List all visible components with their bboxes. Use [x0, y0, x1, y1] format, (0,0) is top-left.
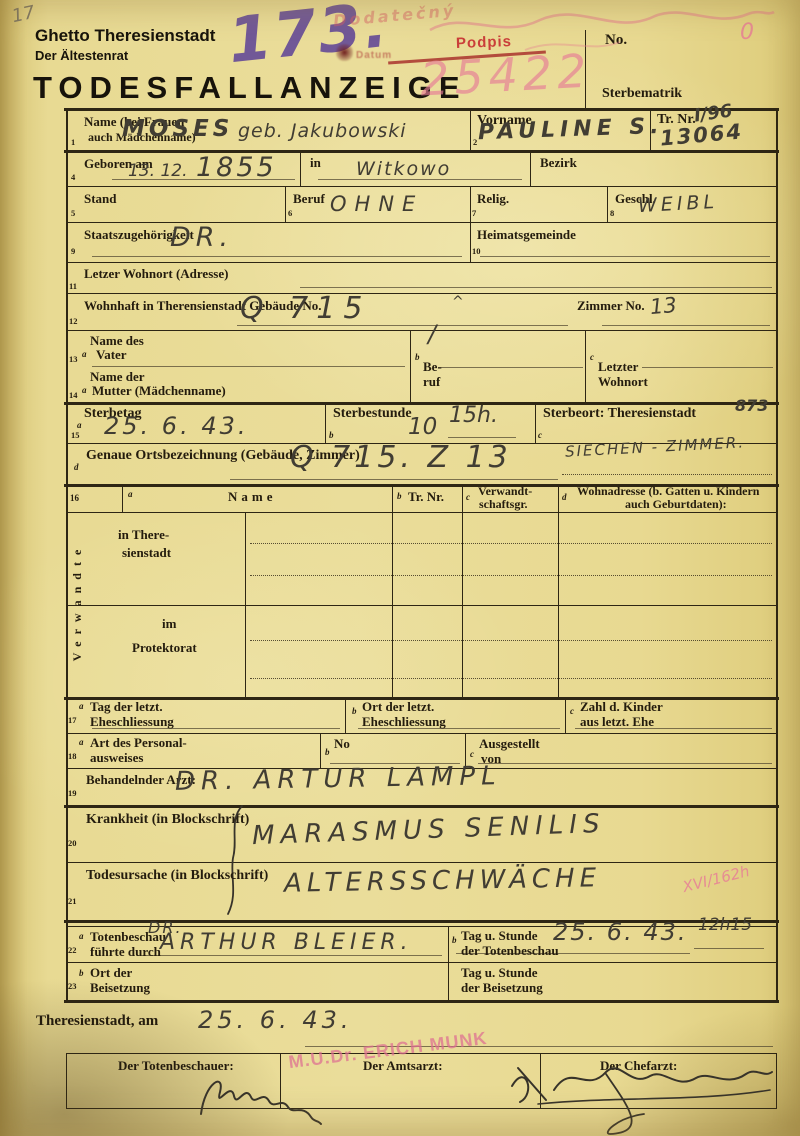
rel-col-name-label: Name [228, 489, 277, 505]
datum-stamp-fragment: Datum [356, 50, 392, 61]
rule [64, 1000, 779, 1003]
field-number-16: 16 [70, 493, 79, 503]
field-number-18: 18 [68, 751, 77, 761]
field-number-14: 14 [69, 390, 78, 400]
zimmer-value: 13 [649, 293, 678, 319]
field-number-2: 2 [473, 137, 477, 147]
ausweis-no-label: No [334, 736, 350, 752]
rule [565, 697, 566, 733]
ortsbezeichnung-value: Q 715. Z 13 [290, 440, 512, 475]
rule [66, 862, 777, 863]
rule [470, 222, 471, 262]
ehe-tag-label1: Tag der letzt. [90, 699, 163, 715]
beisetzung-ort-label1: Ort der [90, 965, 132, 981]
writing-line [438, 367, 583, 368]
sterbematrik-label: Sterbematrik [602, 86, 682, 102]
rel-col-c-sub: c [466, 492, 470, 502]
todesfallanzeige-form-scan: 17 Ghetto Theresienstadt Der Ältestenrat… [0, 0, 800, 1136]
field-number-10: 10 [472, 246, 481, 256]
ausgestellt-label1: Ausgestellt [479, 736, 540, 752]
krankheit-value: MARASMUS SENILIS [252, 809, 606, 851]
rule [325, 402, 326, 443]
totenbeschau-tag-label1: Tag u. Stunde [461, 928, 537, 944]
totenbeschau-value-name: ARTHUR BLEIER. [160, 930, 413, 955]
totenbeschau-label2: führte durch [90, 944, 161, 960]
field-number-4: 4 [71, 172, 75, 182]
ausweis-label1: Art des Personal- [90, 735, 187, 751]
rel-col-trnr-label: Tr. Nr. [408, 489, 444, 505]
wohnort2-sub-c: c [590, 352, 594, 362]
vorname-value: PAULINE S. [478, 114, 664, 145]
dotted-entry-line [250, 543, 772, 544]
ehe-ort-label1: Ort der letzt. [362, 699, 434, 715]
siechen-zimmer-note: SIECHEN - ZIMMER. [565, 433, 746, 460]
stand-label: Stand [84, 191, 117, 207]
beruf-label: Beruf [293, 191, 325, 207]
geboren-date-value: 13. 12. [128, 161, 187, 181]
rule [64, 108, 779, 111]
rule [66, 330, 777, 331]
rel-col-a-sub: a [128, 489, 133, 499]
slash-mark: / [428, 320, 436, 348]
rule [585, 330, 586, 402]
field-number-15: 15 [71, 430, 80, 440]
beruf2-sub-b: b [415, 352, 420, 362]
rel-col-wohnadresse-label2: auch Geburtdaten): [625, 497, 727, 512]
ehe-tag-label2: Eheschliessung [90, 714, 174, 730]
rule [558, 484, 559, 697]
todesursache-label: Todesursache (in Blockschrift) [86, 868, 268, 884]
ehe-sub-c: c [570, 706, 574, 716]
rel-col-d-sub: d [562, 492, 567, 502]
beruf2-label-line2: ruf [423, 374, 440, 390]
sterbetag-sub-a: a [77, 420, 82, 430]
mutter-sub-a: a [82, 385, 87, 395]
writing-line [92, 366, 405, 367]
relig-label: Relig. [477, 191, 509, 207]
rule [345, 697, 346, 733]
ehe-sub-b: b [352, 706, 357, 716]
writing-line [478, 763, 772, 764]
todesursache-value: ALTERSSCHWÄCHE [284, 863, 601, 899]
rule [66, 262, 777, 263]
pink-registry-number: 25422 [419, 44, 593, 107]
name-value-cursive: geb. Jakubowski [238, 120, 407, 142]
field-number-9: 9 [71, 246, 75, 256]
rule [535, 402, 536, 443]
writing-line [642, 367, 773, 368]
writing-line [562, 474, 772, 475]
sterbetag-value: 25. 6. 43. [104, 412, 249, 440]
sterbeort-corner-note: 873 [735, 396, 768, 415]
pink-zero-mark: 0 [740, 20, 754, 45]
rule [776, 108, 778, 1001]
totenbeschau-tag-label2: der Totenbeschau [461, 943, 559, 959]
geboren-year-value: 1855 [196, 152, 277, 183]
ehe-sub-a: a [79, 701, 84, 711]
field-number-6: 6 [288, 208, 292, 218]
totenbeschau-sub-b: b [452, 935, 457, 945]
sterbestunde-sup-value: 15h. [449, 403, 498, 428]
mutter-label-line2: Mutter (Mädchenname) [92, 383, 226, 399]
beisetzung-tag-label2: der Beisetzung [461, 980, 543, 996]
caret-mark: ^ [452, 294, 464, 310]
org-name-line2: Der Ältestenrat [35, 48, 128, 63]
group-theresienstadt-label2: sienstadt [122, 545, 171, 561]
rule [410, 330, 411, 402]
in-label: in [310, 155, 321, 171]
rule [64, 150, 779, 153]
beisetzung-tag-label1: Tag u. Stunde [461, 965, 537, 981]
form-title: TODESFALLANZEIGE [33, 70, 467, 106]
rule [66, 605, 777, 606]
group-theresienstadt-label1: in There- [118, 527, 169, 543]
field-number-21: 21 [68, 896, 77, 906]
writing-line [300, 287, 772, 288]
rule [320, 733, 321, 768]
dotted-entry-line [250, 678, 772, 679]
rule [530, 150, 531, 186]
name-value-caps: MOSES [122, 116, 233, 142]
kinder-label2: aus letzt. Ehe [580, 714, 654, 730]
rel-col-verwandtschaft-label2: schaftsgr. [479, 497, 528, 512]
writing-line [602, 325, 770, 326]
gebaeude-value: Q 715 [240, 291, 370, 326]
wohnort2-label-line2: Wohnort [598, 374, 648, 390]
ortsbezeichnung-sub-d: d [74, 462, 79, 472]
group-protektorat-label2: Protektorat [132, 640, 197, 656]
rel-col-b-sub: b [397, 491, 402, 501]
rule [392, 484, 393, 697]
totenbeschau-date-value: 25. 6. 43. [553, 918, 688, 946]
dotted-entry-line [250, 575, 772, 576]
field-number-19: 19 [68, 788, 77, 798]
rule [66, 108, 68, 1001]
group-protektorat-label1: im [162, 616, 176, 632]
pink-file-reference: XVI/162h [681, 862, 751, 896]
heimatsgemeinde-label: Heimatsgemeinde [477, 227, 576, 243]
rule [66, 186, 777, 187]
rule [122, 484, 123, 512]
rule [285, 186, 286, 222]
vater-sub-a: a [82, 349, 87, 359]
ausweis-sub-c: c [470, 749, 474, 759]
red-ink-smudge [336, 44, 353, 61]
sterbeort-sub-c: c [538, 430, 542, 440]
sterbestunde-value: 10 [408, 414, 437, 440]
staatszugehoerigkeit-value: DR. [170, 222, 233, 253]
rule [300, 150, 301, 186]
kinder-label1: Zahl d. Kinder [580, 699, 663, 715]
pencil-corner-note: 17 [10, 2, 37, 27]
rule [448, 926, 449, 1000]
field-number-20: 20 [68, 838, 77, 848]
field-number-5: 5 [71, 208, 75, 218]
rule [64, 402, 779, 405]
rule [470, 108, 471, 150]
org-name-line1: Ghetto Theresienstadt [35, 26, 215, 46]
rule [607, 186, 608, 222]
ausweis-sub-b: b [325, 747, 330, 757]
behandelnder-arzt-value: DR. ARTUR LAMPL [175, 761, 502, 797]
rule [66, 512, 777, 513]
sterbeort-label: Sterbeort: Theresienstadt [543, 406, 696, 422]
beisetzung-ort-label2: Beisetzung [90, 980, 150, 996]
place-date-label: Theresienstadt, am [36, 1013, 158, 1030]
place-date-value: 25. 6. 43. [198, 1006, 353, 1034]
field-number-12: 12 [69, 316, 78, 326]
writing-line [230, 479, 558, 480]
field-number-23: 23 [68, 981, 77, 991]
field-number-22: 22 [68, 945, 77, 955]
writing-line [142, 955, 442, 956]
rule [66, 962, 777, 963]
field-number-8: 8 [610, 208, 614, 218]
beruf-value: OHNE [330, 192, 423, 216]
bezirk-label: Bezirk [540, 155, 577, 171]
writing-line [694, 948, 764, 949]
wohnort2-label-line1: Letzter [598, 359, 638, 375]
rule [245, 512, 246, 697]
writing-line [448, 437, 516, 438]
vater-label-line2: Vater [96, 347, 127, 363]
rule [64, 805, 779, 808]
writing-line [480, 256, 770, 257]
field-number-11: 11 [69, 281, 77, 291]
dotted-entry-line [250, 640, 772, 641]
beruf2-label-line1: Be- [423, 359, 442, 375]
rule [66, 1053, 67, 1108]
geburtsort-value: Witkowo [356, 158, 451, 180]
relatives-side-label: Verwandte [70, 516, 85, 688]
field-number-13: 13 [69, 354, 78, 364]
writing-line [92, 256, 462, 257]
field-number-1: 1 [71, 137, 75, 147]
beisetzung-sub-b: b [79, 968, 84, 978]
zimmer-label: Zimmer No. [577, 298, 645, 314]
rule [462, 484, 463, 697]
handwritten-brace [224, 802, 246, 918]
field-number-17: 17 [68, 715, 77, 725]
totenbeschau-time-value: 12h15 [698, 915, 752, 935]
totenbeschau-sub-a: a [79, 931, 84, 941]
chefarzt-signature [498, 1048, 783, 1136]
ausweis-label2: ausweises [90, 750, 143, 766]
totenbeschauer-signature [185, 1062, 330, 1130]
ausweis-sub-a: a [79, 737, 84, 747]
ehe-ort-label2: Eheschliessung [362, 714, 446, 730]
field-number-7: 7 [472, 208, 476, 218]
geschl-value: WEIBL [637, 191, 718, 217]
letzter-wohnort-label: Letzer Wohnort (Adresse) [84, 266, 228, 282]
sterbestunde-label: Sterbestunde [333, 406, 412, 422]
sterbestunde-sub-b: b [329, 430, 334, 440]
